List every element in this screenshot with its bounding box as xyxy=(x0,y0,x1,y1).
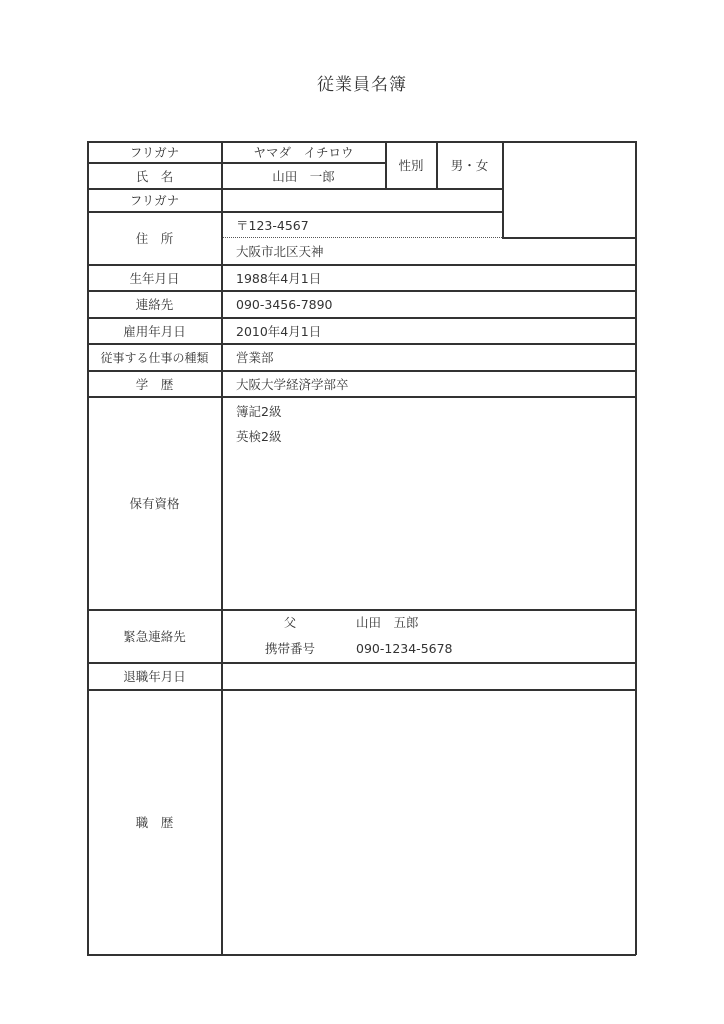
birthdate-label: 生年月日 xyxy=(88,265,221,290)
career-value[interactable] xyxy=(222,690,635,954)
qualification-item[interactable]: 簿記2級 xyxy=(222,400,635,422)
furigana-label: フリガナ xyxy=(88,142,221,162)
address-value[interactable]: 大阪市北区天神 xyxy=(222,238,635,264)
emergency-name[interactable]: 山田 五郎 xyxy=(356,611,556,633)
retirement-date-value[interactable] xyxy=(222,663,635,689)
name-value[interactable]: 山田 一郎 xyxy=(222,163,385,188)
career-label: 職 歴 xyxy=(88,690,221,954)
emergency-relation[interactable]: 父 xyxy=(250,611,330,633)
address-furigana-value[interactable] xyxy=(222,189,502,211)
hire-date-label: 雇用年月日 xyxy=(88,318,221,343)
education-value[interactable]: 大阪大学経済学部卒 xyxy=(222,371,635,396)
contact-value[interactable]: 090-3456-7890 xyxy=(222,291,635,317)
job-type-label: 従事する仕事の種類 xyxy=(88,344,221,370)
table-border-bottom xyxy=(87,954,636,956)
education-label: 学 歴 xyxy=(88,371,221,396)
gender-value[interactable]: 男・女 xyxy=(437,142,502,188)
furigana-value[interactable]: ヤマダ イチロウ xyxy=(222,142,385,162)
birthdate-value[interactable]: 1988年4月1日 xyxy=(222,265,635,290)
address-furigana-label: フリガナ xyxy=(88,189,221,211)
gender-label: 性別 xyxy=(386,142,436,188)
qualification-item[interactable]: 英検2級 xyxy=(222,425,635,447)
document-title: 従業員名簿 xyxy=(0,70,724,95)
photo-box xyxy=(503,142,635,237)
name-label: 氏 名 xyxy=(88,163,221,188)
job-type-value[interactable]: 営業部 xyxy=(222,344,635,370)
emergency-contact-label: 緊急連絡先 xyxy=(88,610,221,662)
contact-label: 連絡先 xyxy=(88,291,221,317)
postal-code-value[interactable]: 〒123-4567 xyxy=(222,212,502,237)
address-label: 住 所 xyxy=(88,212,221,264)
emergency-phone-label: 携帯番号 xyxy=(250,637,330,659)
hire-date-value[interactable]: 2010年4月1日 xyxy=(222,318,635,343)
emergency-phone[interactable]: 090-1234-5678 xyxy=(356,637,556,659)
qualifications-label: 保有資格 xyxy=(88,397,221,609)
retirement-date-label: 退職年月日 xyxy=(88,663,221,689)
table-border-right xyxy=(635,141,637,955)
